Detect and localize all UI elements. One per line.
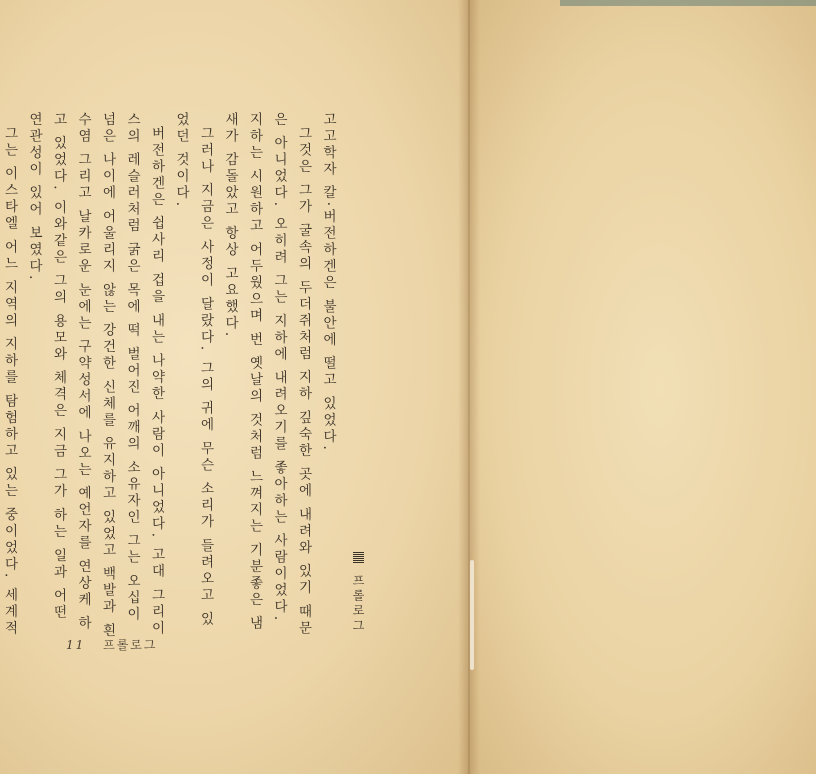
page-number: 11 (66, 638, 85, 652)
book-gutter (458, 0, 480, 774)
section-title-text: 프롤로그 (351, 574, 365, 634)
paragraph: 그것은 그가 굴속의 두더쥐처럼 지하 깊숙한 곳에 내려와 있기 때문은 아니… (218, 112, 316, 642)
page-footer: 11 프롤로그 (66, 636, 157, 653)
paragraph: 고고학자 칼·버전하겐은 불안에 떨고 있었다. (316, 112, 341, 642)
ornament-icon (353, 552, 364, 563)
body-text: 고고학자 칼·버전하겐은 불안에 떨고 있었다. 그것은 그가 굴속의 두더쥐처… (55, 112, 340, 642)
running-head: 프롤로그 (103, 638, 157, 652)
book-spread: 고고학자 칼·버전하겐은 불안에 떨고 있었다. 그것은 그가 굴속의 두더쥐처… (0, 0, 816, 774)
paragraph: 그는 이스타엘 어느 지역의 지하를 탐험하고 있는 중이었다. 세계적인 고고… (0, 112, 22, 642)
cover-edge (560, 0, 816, 6)
paragraph: 그러나 지금은 사정이 달랐다. 그의 귀에 무슨 소리가 들려오고 있었던 것… (169, 112, 218, 642)
right-page (468, 0, 816, 774)
paragraph: 버전하겐은 쉽사리 겁을 내는 나약한 사람이 아니었다. 고대 그리이스의 레… (22, 112, 169, 642)
section-title: 프롤로그 (350, 552, 367, 634)
binding-thread (470, 560, 474, 670)
